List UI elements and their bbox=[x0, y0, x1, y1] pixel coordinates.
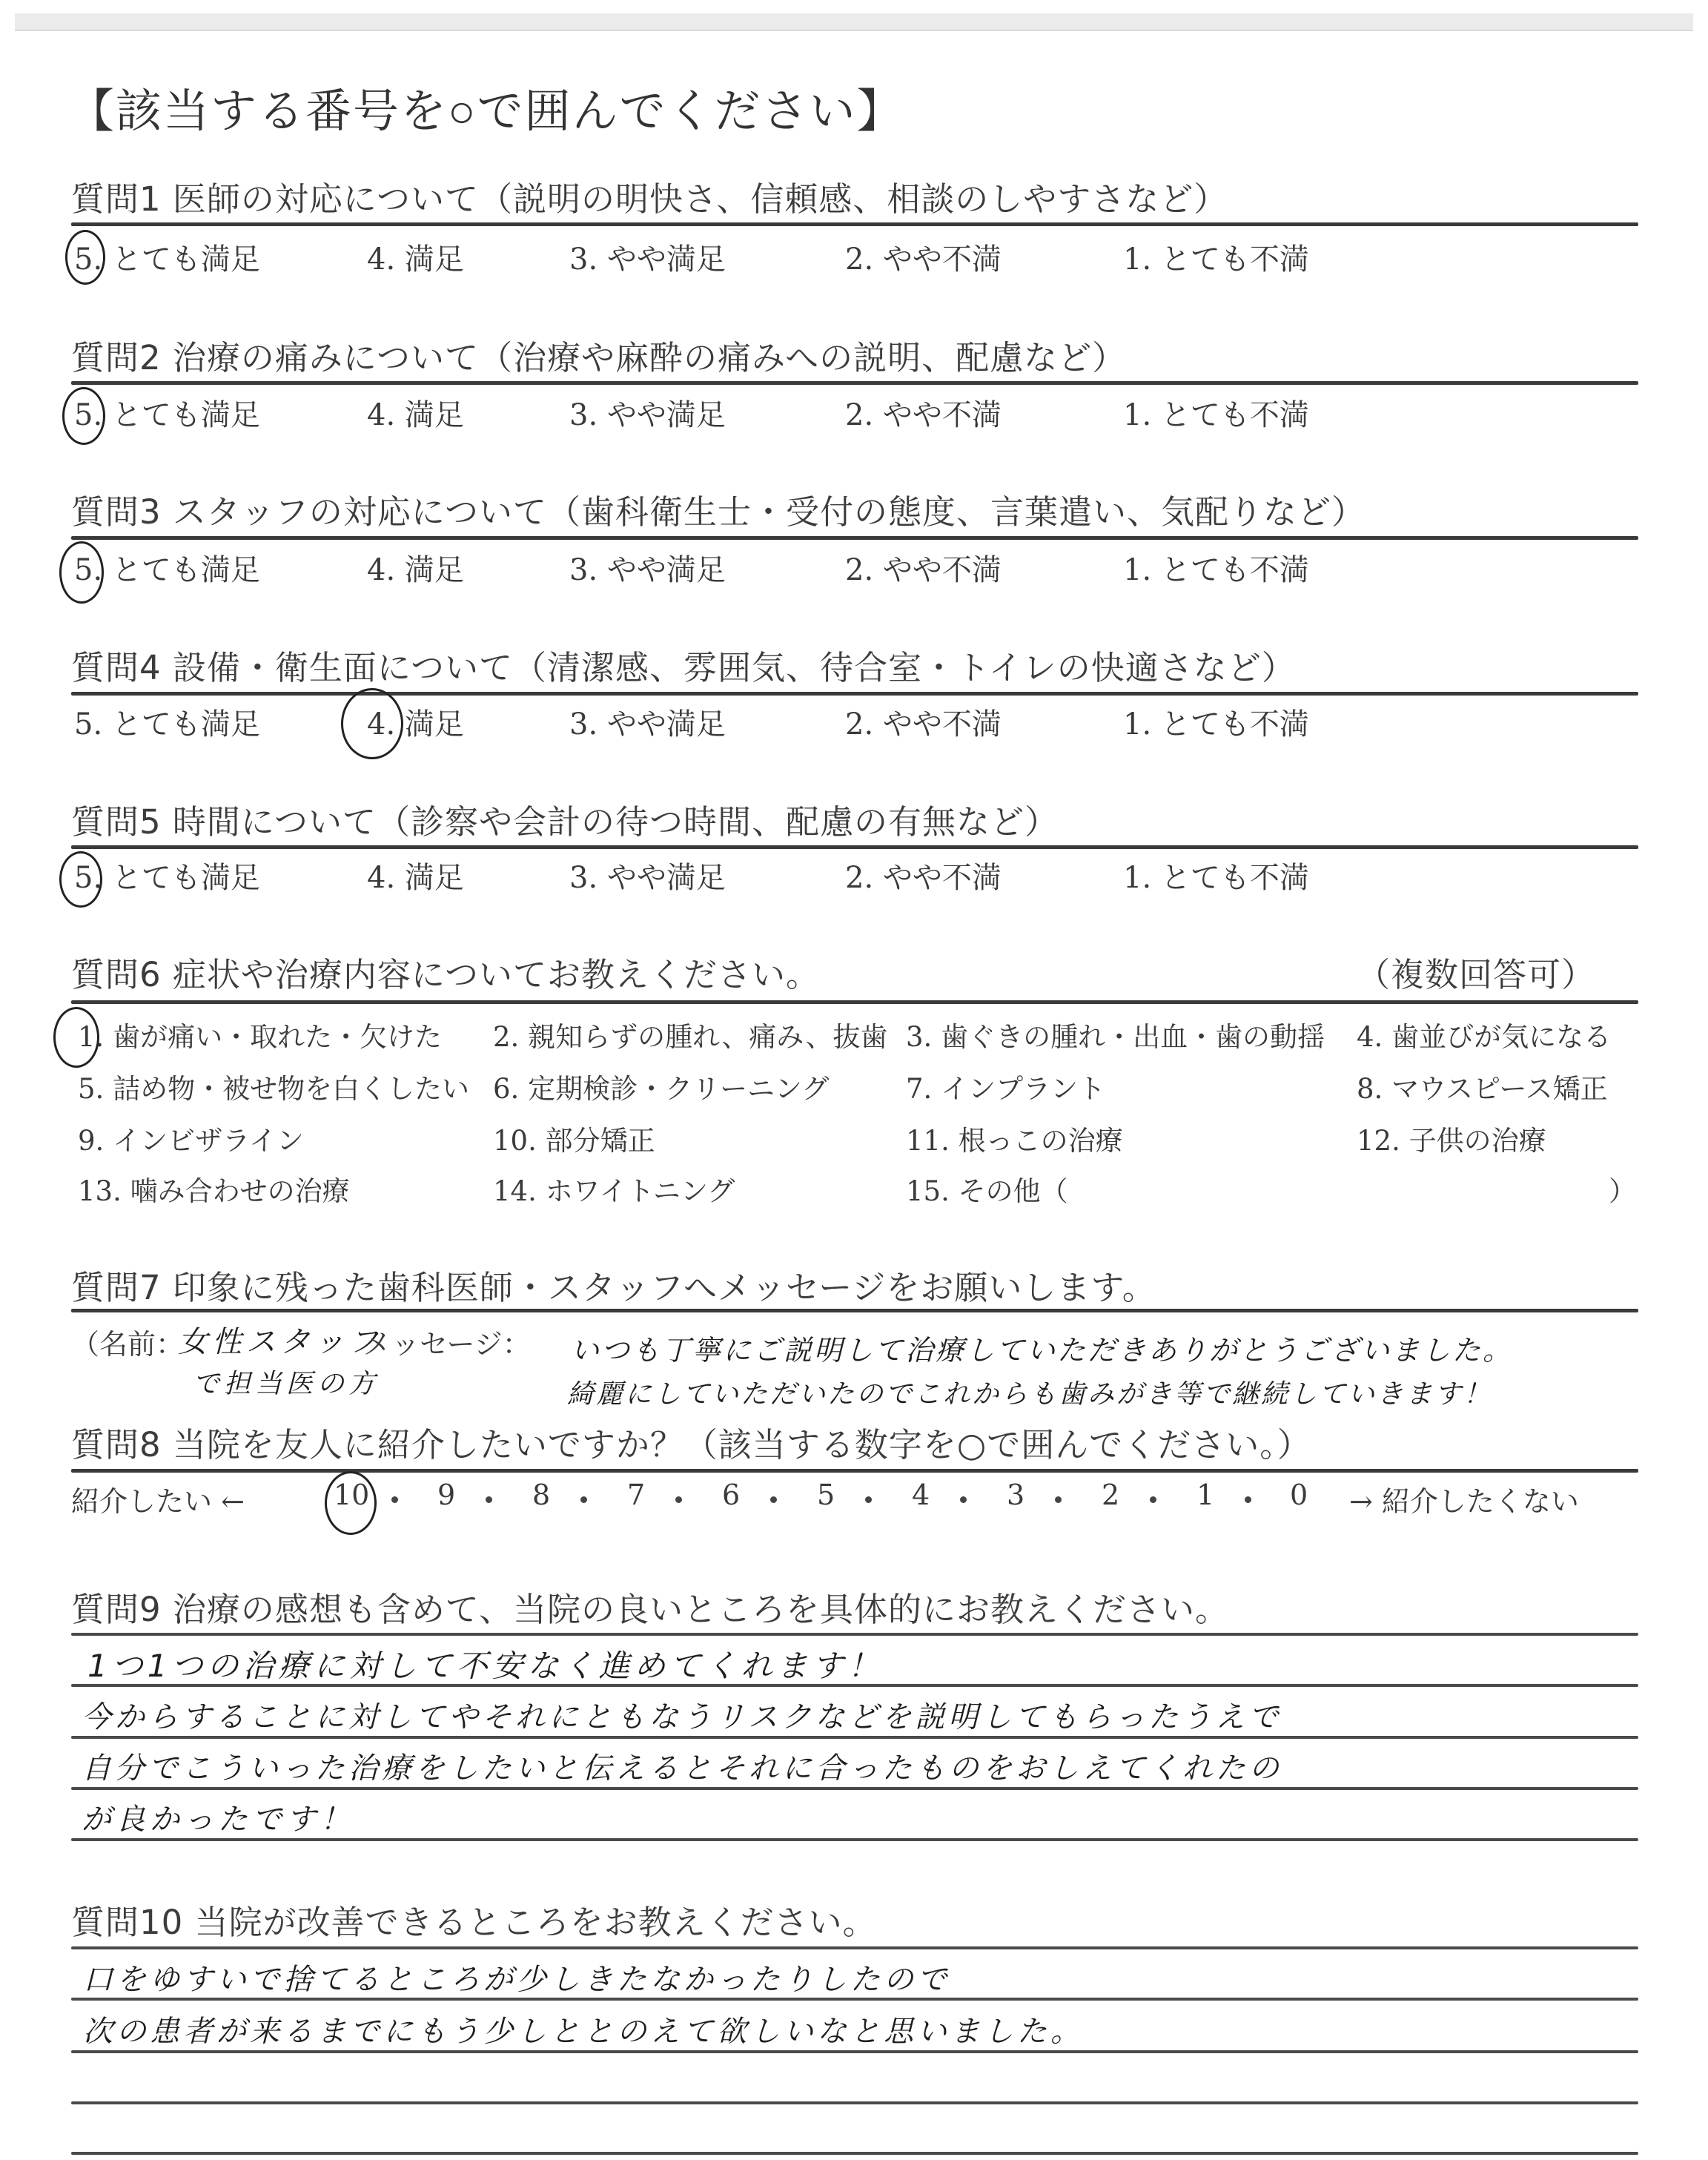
q3-option-4[interactable]: 4. 満足 bbox=[367, 546, 464, 589]
q6-option-15[interactable]: 15. その他（ bbox=[906, 1169, 1068, 1209]
q2-option-2[interactable]: 2. やや不満 bbox=[845, 392, 1002, 434]
divider bbox=[71, 845, 1638, 849]
q6-option-4[interactable]: 4. 歯並びが気になる bbox=[1357, 1014, 1611, 1054]
q4-option-2[interactable]: 2. やや不満 bbox=[845, 701, 1002, 743]
answer-line bbox=[71, 1684, 1638, 1687]
q10-answer-line-1[interactable]: 口をゆすいで捨てるところが少しきたなかったりしたので bbox=[83, 1956, 950, 1998]
question-10-heading: 質問10 当院が改善できるところをお教えください。 bbox=[71, 1895, 877, 1943]
name-value-2[interactable]: で担当医の方 bbox=[193, 1363, 380, 1401]
q6-option-11[interactable]: 11. 根っこの治療 bbox=[906, 1118, 1123, 1158]
recommend-left-label: 紹介したい ← bbox=[71, 1479, 245, 1519]
q1-option-2[interactable]: 2. やや不満 bbox=[845, 236, 1002, 278]
q6-option-13[interactable]: 13. 噛み合わせの治療 bbox=[78, 1169, 350, 1209]
scale-separator-dot bbox=[1150, 1496, 1156, 1503]
question-5-heading: 質問5 時間について（診察や会計の待つ時間、配慮の有無など） bbox=[71, 795, 1059, 843]
answer-line bbox=[71, 2050, 1638, 2053]
multiple-answers-note: （複数回答可） bbox=[1357, 948, 1595, 996]
q6-option-7[interactable]: 7. インプラント bbox=[906, 1066, 1105, 1106]
q6-option-9[interactable]: 9. インビザライン bbox=[78, 1118, 304, 1158]
q1-option-3[interactable]: 3. やや満足 bbox=[569, 236, 726, 278]
name-label: （名前： bbox=[71, 1321, 184, 1362]
question-6-heading: 質問6 症状や治療内容についてお教えください。 bbox=[71, 948, 820, 996]
q6-option-10[interactable]: 10. 部分矯正 bbox=[493, 1118, 655, 1158]
question-4-heading: 質問4 設備・衛生面について（清潔感、雰囲気、待合室・トイレの快適さなど） bbox=[71, 641, 1296, 689]
question-3-heading: 質問3 スタッフの対応について（歯科衛生士・受付の態度、言葉遣い、気配りなど） bbox=[71, 485, 1366, 533]
q6-option-12[interactable]: 12. 子供の治療 bbox=[1357, 1118, 1546, 1158]
q5-option-4[interactable]: 4. 満足 bbox=[367, 854, 464, 896]
selection-circle bbox=[62, 387, 105, 445]
q4-option-5[interactable]: 5. とても満足 bbox=[74, 701, 260, 743]
q6-option-1[interactable]: 1. 歯が痛い・取れた・欠けた bbox=[78, 1014, 442, 1054]
name-value[interactable]: 女性スタッフ bbox=[178, 1318, 383, 1361]
recommend-right-label: → 紹介したくない bbox=[1349, 1479, 1579, 1519]
divider bbox=[71, 536, 1638, 540]
divider bbox=[71, 1469, 1638, 1473]
selection-circle bbox=[59, 541, 104, 604]
question-2-heading: 質問2 治療の痛みについて（治療や麻酔の痛みへの説明、配慮など） bbox=[71, 331, 1126, 379]
q9-answer-line-1[interactable]: 1つ1つの治療に対して不安なく進めてくれます！ bbox=[87, 1642, 883, 1686]
answer-line bbox=[71, 1838, 1638, 1841]
scale-4[interactable]: 4 bbox=[912, 1479, 930, 1511]
scale-5[interactable]: 5 bbox=[817, 1479, 835, 1511]
q6-option-6[interactable]: 6. 定期検診・クリーニング bbox=[493, 1066, 829, 1106]
q9-answer-line-2[interactable]: 今からすることに対してやそれにともなうリスクなどを説明してもらったうえで bbox=[82, 1694, 1282, 1736]
q2-option-1[interactable]: 1. とても不満 bbox=[1123, 392, 1309, 434]
scale-9[interactable]: 9 bbox=[437, 1479, 455, 1511]
divider bbox=[71, 1309, 1638, 1312]
selection-circle bbox=[53, 1007, 99, 1068]
q5-option-1[interactable]: 1. とても不満 bbox=[1123, 854, 1309, 896]
scale-separator-dot bbox=[1055, 1496, 1062, 1503]
answer-line bbox=[71, 2152, 1638, 2155]
scale-separator-dot bbox=[391, 1496, 398, 1503]
answer-line bbox=[71, 2101, 1638, 2104]
q5-option-3[interactable]: 3. やや満足 bbox=[569, 854, 726, 896]
answer-line bbox=[71, 1998, 1638, 2001]
scale-separator-dot bbox=[1245, 1496, 1251, 1503]
scale-8[interactable]: 8 bbox=[532, 1479, 550, 1511]
message-value[interactable]: いつも丁寧にご説明して治療していただきありがとうございました。 bbox=[571, 1327, 1513, 1368]
q3-option-3[interactable]: 3. やや満足 bbox=[569, 546, 726, 589]
scale-2[interactable]: 2 bbox=[1102, 1479, 1119, 1511]
q9-answer-line-3[interactable]: 自分でこういった治療をしたいと伝えるとそれに合ったものをおしえてくれたの bbox=[82, 1745, 1282, 1787]
scale-separator-dot bbox=[865, 1496, 872, 1503]
q6-option-5[interactable]: 5. 詰め物・被せ物を白くしたい bbox=[78, 1066, 469, 1106]
question-1-heading: 質問1 医師の対応について（説明の明快さ、信頼感、相談のしやすさなど） bbox=[71, 172, 1228, 220]
question-9-heading: 質問9 治療の感想も含めて、当院の良いところを具体的にお教えください。 bbox=[71, 1582, 1229, 1631]
selection-circle bbox=[65, 230, 105, 285]
scale-0[interactable]: 0 bbox=[1290, 1479, 1308, 1511]
divider bbox=[71, 222, 1638, 226]
answer-line bbox=[71, 1787, 1638, 1790]
scale-7[interactable]: 7 bbox=[627, 1479, 645, 1511]
q1-option-4[interactable]: 4. 満足 bbox=[367, 236, 464, 278]
q10-answer-line-2[interactable]: 次の患者が来るまでにもう少しととのえて欲しいなと思いました。 bbox=[83, 2008, 1084, 2050]
scale-separator-dot bbox=[675, 1496, 682, 1503]
divider bbox=[71, 692, 1638, 696]
page-title: 【該当する番号を○で囲んでください】 bbox=[68, 74, 904, 140]
selection-circle bbox=[341, 688, 403, 759]
q6-option-15-close: ） bbox=[1609, 1169, 1636, 1209]
selection-circle bbox=[59, 851, 102, 908]
question-7-heading: 質問7 印象に残った歯科医師・スタッフへメッセージをお願いします。 bbox=[71, 1261, 1156, 1309]
answer-line bbox=[71, 1946, 1638, 1949]
scale-separator-dot bbox=[770, 1496, 777, 1503]
q3-option-1[interactable]: 1. とても不満 bbox=[1123, 546, 1309, 589]
q6-option-3[interactable]: 3. 歯ぐきの腫れ・出血・歯の動揺 bbox=[906, 1014, 1325, 1054]
scale-3[interactable]: 3 bbox=[1007, 1479, 1025, 1511]
scale-separator-dot bbox=[960, 1496, 967, 1503]
divider bbox=[71, 1000, 1638, 1004]
q1-option-1[interactable]: 1. とても不満 bbox=[1123, 236, 1309, 278]
dot-separators bbox=[415, 1479, 424, 1511]
divider bbox=[71, 381, 1638, 385]
scale-separator-dot bbox=[486, 1496, 492, 1503]
q6-option-14[interactable]: 14. ホワイトニング bbox=[493, 1169, 735, 1209]
question-8-heading: 質問8 当院を友人に紹介したいですか？（該当する数字を○で囲んでください。） bbox=[71, 1418, 1311, 1466]
q2-option-3[interactable]: 3. やや満足 bbox=[569, 392, 726, 434]
q6-option-2[interactable]: 2. 親知らずの腫れ、痛み、抜歯 bbox=[493, 1014, 888, 1054]
q4-option-1[interactable]: 1. とても不満 bbox=[1123, 701, 1309, 743]
q9-answer-line-4[interactable]: が良かったです！ bbox=[82, 1796, 354, 1838]
q2-option-4[interactable]: 4. 満足 bbox=[367, 392, 464, 434]
scale-1[interactable]: 1 bbox=[1196, 1479, 1214, 1511]
message-value-2[interactable]: 綺麗にしていただいたのでこれからも歯みがき等で継続していきます！ bbox=[567, 1373, 1492, 1411]
answer-line bbox=[71, 1736, 1638, 1739]
selection-circle bbox=[325, 1471, 377, 1535]
q6-option-8[interactable]: 8. マウスピース矯正 bbox=[1357, 1066, 1608, 1106]
message-label: メッセージ： bbox=[363, 1321, 531, 1362]
q4-option-3[interactable]: 3. やや満足 bbox=[569, 701, 726, 743]
answer-line bbox=[71, 1633, 1638, 1636]
scan-top-edge bbox=[15, 13, 1693, 31]
q5-option-2[interactable]: 2. やや不満 bbox=[845, 854, 1002, 896]
q3-option-2[interactable]: 2. やや不満 bbox=[845, 546, 1002, 589]
scale-6[interactable]: 6 bbox=[722, 1479, 740, 1511]
scale-separator-dot bbox=[580, 1496, 587, 1503]
